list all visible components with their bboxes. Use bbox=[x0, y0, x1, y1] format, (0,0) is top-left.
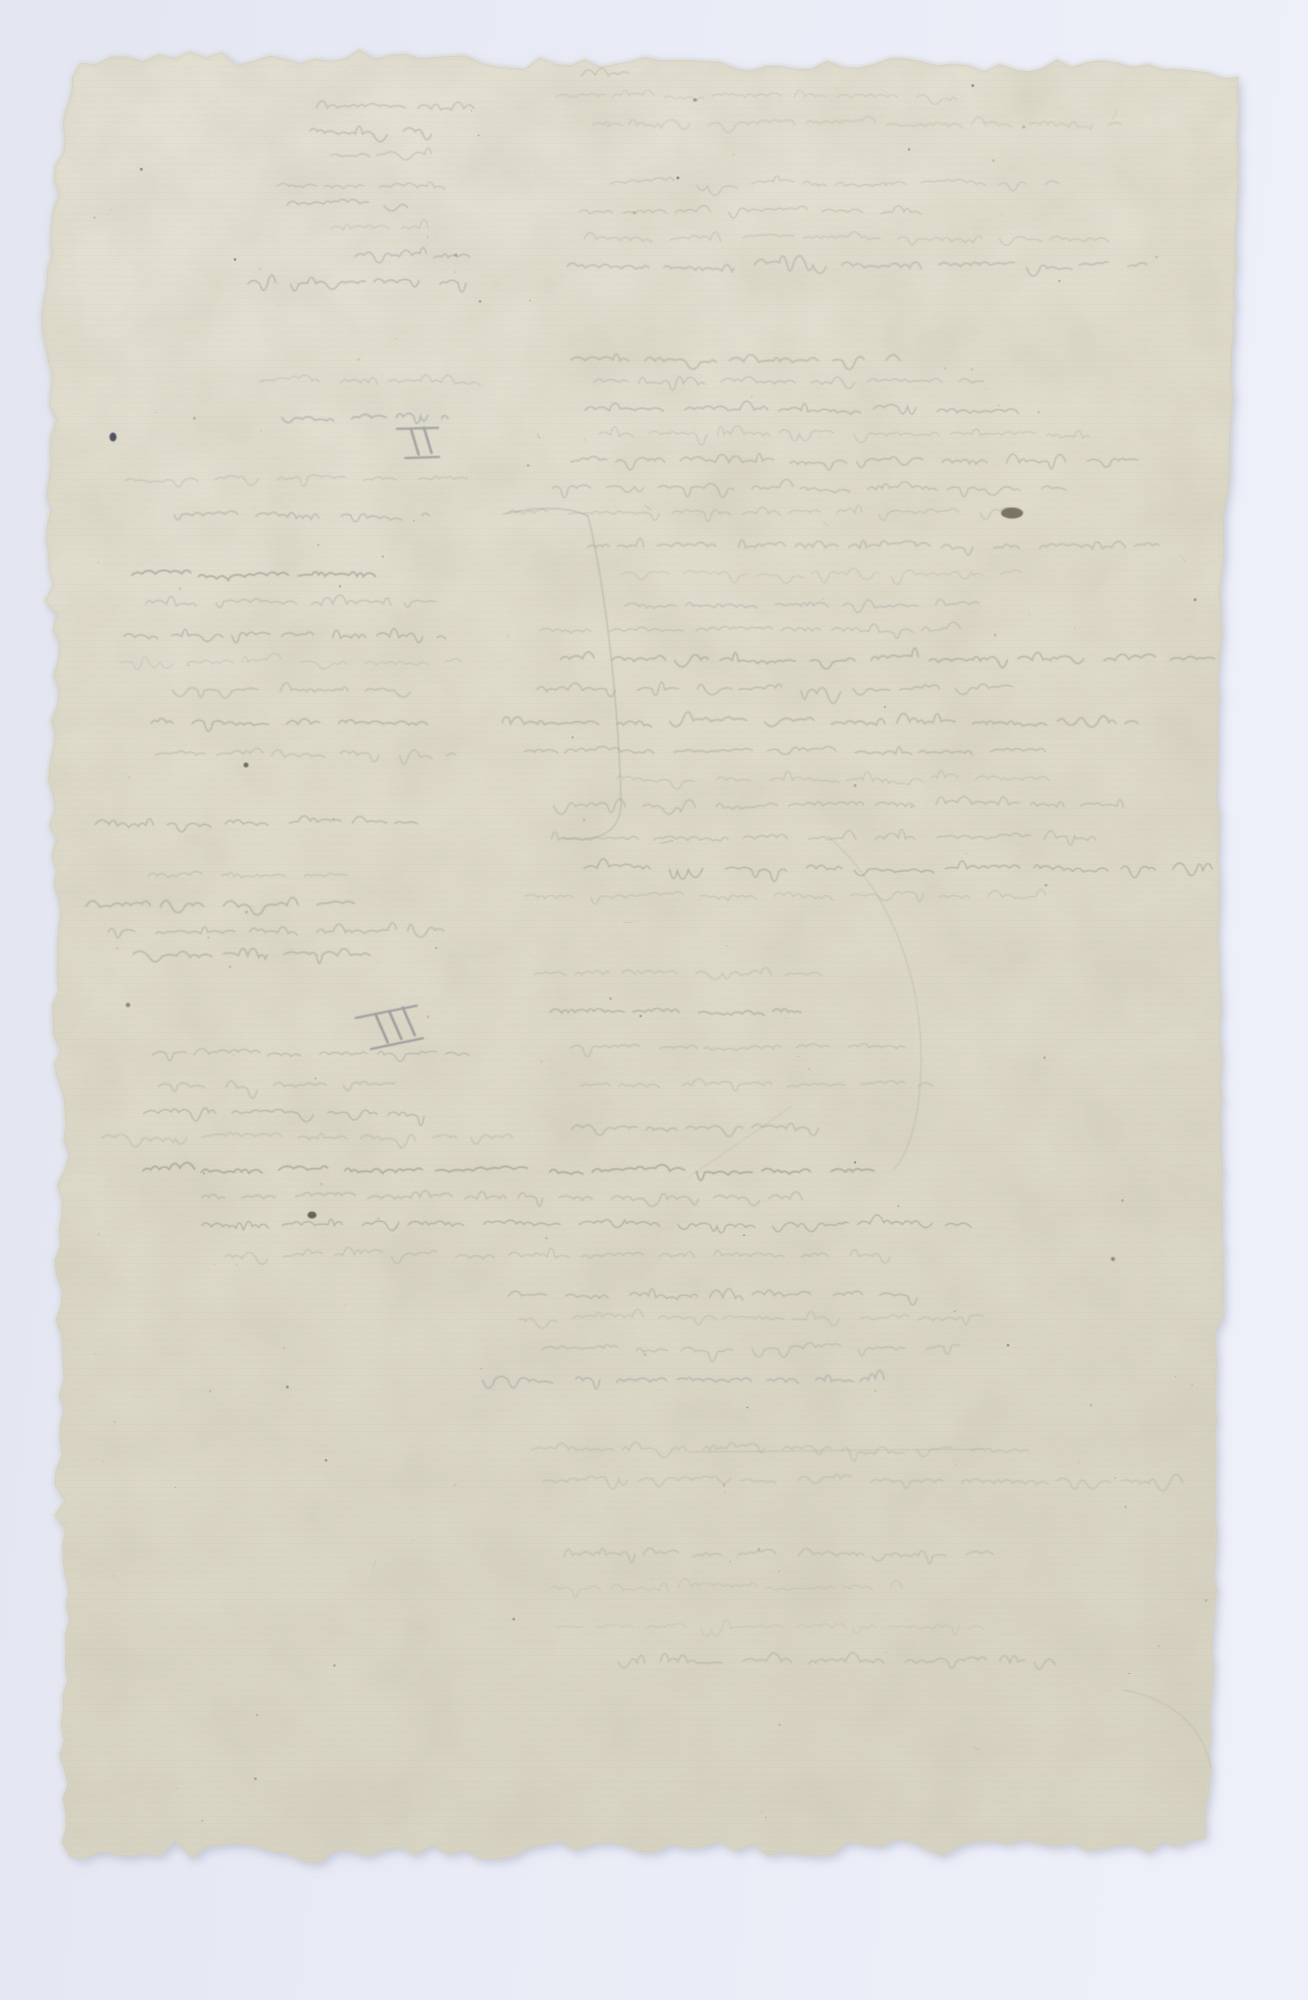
paper-speck bbox=[1140, 339, 1141, 340]
paper-speck bbox=[798, 1056, 799, 1057]
paper-speck bbox=[609, 997, 612, 1000]
paper-speck bbox=[188, 665, 190, 667]
paper-speck bbox=[970, 368, 973, 371]
paper-speck bbox=[972, 864, 973, 865]
paper-speck bbox=[651, 1578, 652, 1579]
paper-speck bbox=[481, 1368, 482, 1369]
paper-speck bbox=[325, 1459, 328, 1462]
paper-speck bbox=[1185, 1196, 1187, 1198]
paper-speck bbox=[254, 508, 256, 510]
paper-speck bbox=[639, 1015, 642, 1018]
paper-speck bbox=[193, 417, 196, 420]
paper-speck bbox=[659, 356, 660, 357]
paper-speck bbox=[571, 736, 574, 739]
paper-speck bbox=[254, 1777, 257, 1780]
paper-speck bbox=[413, 1540, 414, 1541]
paper-speck bbox=[545, 1237, 548, 1240]
paper-speck bbox=[97, 1233, 100, 1236]
paper-speck bbox=[400, 1147, 402, 1149]
paper-speck bbox=[207, 936, 209, 938]
paper-speck bbox=[761, 1811, 764, 1814]
paper-speck bbox=[471, 110, 472, 111]
paper-speck bbox=[898, 1206, 899, 1207]
paper-speck bbox=[583, 818, 586, 821]
paper-speck bbox=[93, 216, 95, 218]
paper-speck bbox=[965, 853, 967, 855]
paper-speck bbox=[370, 1752, 371, 1753]
paper-speck bbox=[209, 1390, 212, 1393]
paper-speck bbox=[1158, 1645, 1160, 1647]
paper-speck bbox=[874, 1390, 876, 1392]
paper-speck bbox=[103, 1461, 104, 1462]
paper-speck bbox=[607, 125, 609, 127]
paper-speck bbox=[540, 1060, 543, 1063]
paper-speck bbox=[732, 153, 734, 155]
paper-speck bbox=[725, 1491, 726, 1492]
paper-speck bbox=[98, 561, 99, 562]
ink-spot bbox=[126, 1003, 130, 1007]
paper-speck bbox=[676, 176, 679, 179]
paper-speck bbox=[258, 1107, 260, 1109]
paper-speck bbox=[1037, 411, 1040, 414]
document-scan-svg bbox=[0, 0, 1308, 2000]
paper-speck bbox=[955, 1463, 957, 1465]
paper-speck bbox=[261, 430, 262, 431]
paper-speck bbox=[128, 776, 130, 778]
paper-speck bbox=[455, 271, 457, 273]
paper-speck bbox=[317, 544, 319, 546]
paper-speck bbox=[726, 945, 727, 946]
paper-speck bbox=[214, 1264, 216, 1266]
paper-speck bbox=[944, 367, 946, 369]
paper-speck bbox=[1074, 628, 1075, 629]
paper-speck bbox=[527, 464, 530, 467]
paper-speck bbox=[971, 84, 974, 87]
paper-speck bbox=[1114, 1477, 1116, 1479]
paper-speck bbox=[140, 168, 143, 171]
paper-speck bbox=[345, 1304, 346, 1305]
paper-speck bbox=[785, 1018, 786, 1019]
paper-speck bbox=[156, 412, 157, 413]
paper-speck bbox=[1155, 256, 1158, 259]
paper-speck bbox=[203, 1173, 205, 1175]
paper-speck bbox=[529, 299, 531, 301]
paper-speck bbox=[1026, 1199, 1027, 1200]
paper-speck bbox=[1022, 125, 1025, 128]
paper-speck bbox=[426, 1015, 429, 1018]
paper-speck bbox=[1001, 215, 1003, 217]
paper-speck bbox=[854, 1161, 856, 1163]
paper-speck bbox=[175, 1487, 176, 1488]
paper-speck bbox=[808, 1068, 810, 1070]
paper-speck bbox=[236, 1264, 238, 1266]
paper-speck bbox=[850, 1588, 851, 1589]
paper-speck bbox=[835, 1622, 836, 1623]
paper-speck bbox=[427, 236, 429, 238]
paper-speck bbox=[382, 555, 384, 557]
paper-grain bbox=[40, 45, 1250, 1870]
ink-spot bbox=[693, 98, 697, 101]
paper-speck bbox=[116, 947, 118, 949]
paper-speck bbox=[1043, 1056, 1046, 1059]
paper-speck bbox=[983, 866, 986, 869]
paper-speck bbox=[1125, 1506, 1127, 1508]
paper-speck bbox=[507, 635, 509, 637]
paper-speck bbox=[113, 1421, 115, 1423]
paper-speck bbox=[435, 947, 437, 949]
paper-speck bbox=[245, 910, 248, 913]
paper-speck bbox=[892, 510, 894, 512]
paper-speck bbox=[1194, 598, 1197, 601]
ink-spot bbox=[1111, 1257, 1115, 1261]
paper-speck bbox=[1058, 280, 1060, 282]
ink-spot bbox=[110, 433, 117, 442]
paper-speck bbox=[339, 585, 341, 587]
paper-speck bbox=[723, 1484, 726, 1487]
paper-speck bbox=[884, 706, 886, 708]
paper-speck bbox=[258, 267, 261, 270]
paper-speck bbox=[610, 401, 612, 403]
paper-speck bbox=[685, 905, 686, 906]
paper-speck bbox=[320, 1183, 323, 1186]
paper-speck bbox=[234, 258, 237, 261]
paper-speck bbox=[765, 1817, 767, 1819]
paper-speck bbox=[512, 1618, 515, 1621]
paper-speck bbox=[251, 1180, 252, 1181]
paper-speck bbox=[277, 305, 279, 307]
paper-speck bbox=[994, 634, 997, 637]
paper-speck bbox=[908, 148, 911, 151]
paper-speck bbox=[758, 1548, 761, 1551]
paper-speck bbox=[933, 1260, 935, 1262]
paper-speck bbox=[479, 300, 482, 303]
paper-speck bbox=[992, 159, 995, 162]
paper-speck bbox=[454, 253, 457, 256]
paper-speck bbox=[997, 404, 999, 406]
paper-speck bbox=[1191, 1384, 1193, 1386]
paper-speck bbox=[178, 587, 181, 590]
paper-speck bbox=[201, 1820, 203, 1822]
paper-speck bbox=[113, 1575, 116, 1578]
paper-speck bbox=[954, 1310, 956, 1312]
paper-speck bbox=[232, 1054, 234, 1056]
paper-speck bbox=[256, 1714, 258, 1716]
paper-speck bbox=[1090, 1404, 1093, 1407]
paper-speck bbox=[747, 1407, 749, 1409]
manuscript-scan bbox=[0, 0, 1308, 2000]
paper-speck bbox=[643, 1353, 646, 1356]
paper-speck bbox=[286, 1385, 289, 1388]
paper-speck bbox=[420, 133, 421, 134]
paper-speck bbox=[111, 209, 113, 211]
paper-speck bbox=[177, 1787, 179, 1789]
paper-speck bbox=[750, 396, 753, 399]
paper-texture bbox=[40, 45, 1250, 1870]
paper-speck bbox=[633, 211, 636, 214]
paper-speck bbox=[314, 1077, 316, 1079]
paper-speck bbox=[743, 1234, 745, 1236]
paper-speck bbox=[729, 1561, 731, 1563]
paper-speck bbox=[1128, 1673, 1129, 1674]
paper-speck bbox=[910, 806, 913, 809]
paper-speck bbox=[478, 135, 480, 137]
ink-spot bbox=[308, 1212, 317, 1219]
paper-speck bbox=[1007, 1344, 1010, 1347]
paper-speck bbox=[778, 1724, 780, 1726]
ink-spot bbox=[244, 763, 249, 768]
paper-speck bbox=[95, 1353, 96, 1354]
paper-speck bbox=[388, 1823, 389, 1824]
paper-speck bbox=[1045, 884, 1048, 887]
paper-speck bbox=[1028, 613, 1031, 616]
paper-speck bbox=[853, 784, 856, 787]
paper-speck bbox=[1121, 1199, 1124, 1202]
paper-speck bbox=[411, 1180, 413, 1182]
paper-speck bbox=[282, 1346, 285, 1349]
paper-speck bbox=[333, 818, 335, 820]
paper-speck bbox=[822, 598, 824, 600]
paper-speck bbox=[1013, 169, 1014, 170]
paper-speck bbox=[395, 338, 396, 339]
paper-speck bbox=[885, 1652, 887, 1654]
paper-speck bbox=[1175, 1376, 1177, 1378]
paper-speck bbox=[74, 413, 75, 414]
paper-speck bbox=[454, 1484, 457, 1487]
paper-speck bbox=[357, 358, 360, 361]
paper-speck bbox=[778, 1570, 780, 1572]
paper-speck bbox=[1205, 1599, 1208, 1602]
paper-speck bbox=[229, 965, 232, 968]
paper-speck bbox=[377, 1217, 380, 1220]
ink-spot bbox=[1001, 508, 1023, 519]
paper-speck bbox=[413, 520, 415, 522]
paper-speck bbox=[333, 1664, 336, 1667]
paper-speck bbox=[871, 1431, 872, 1432]
